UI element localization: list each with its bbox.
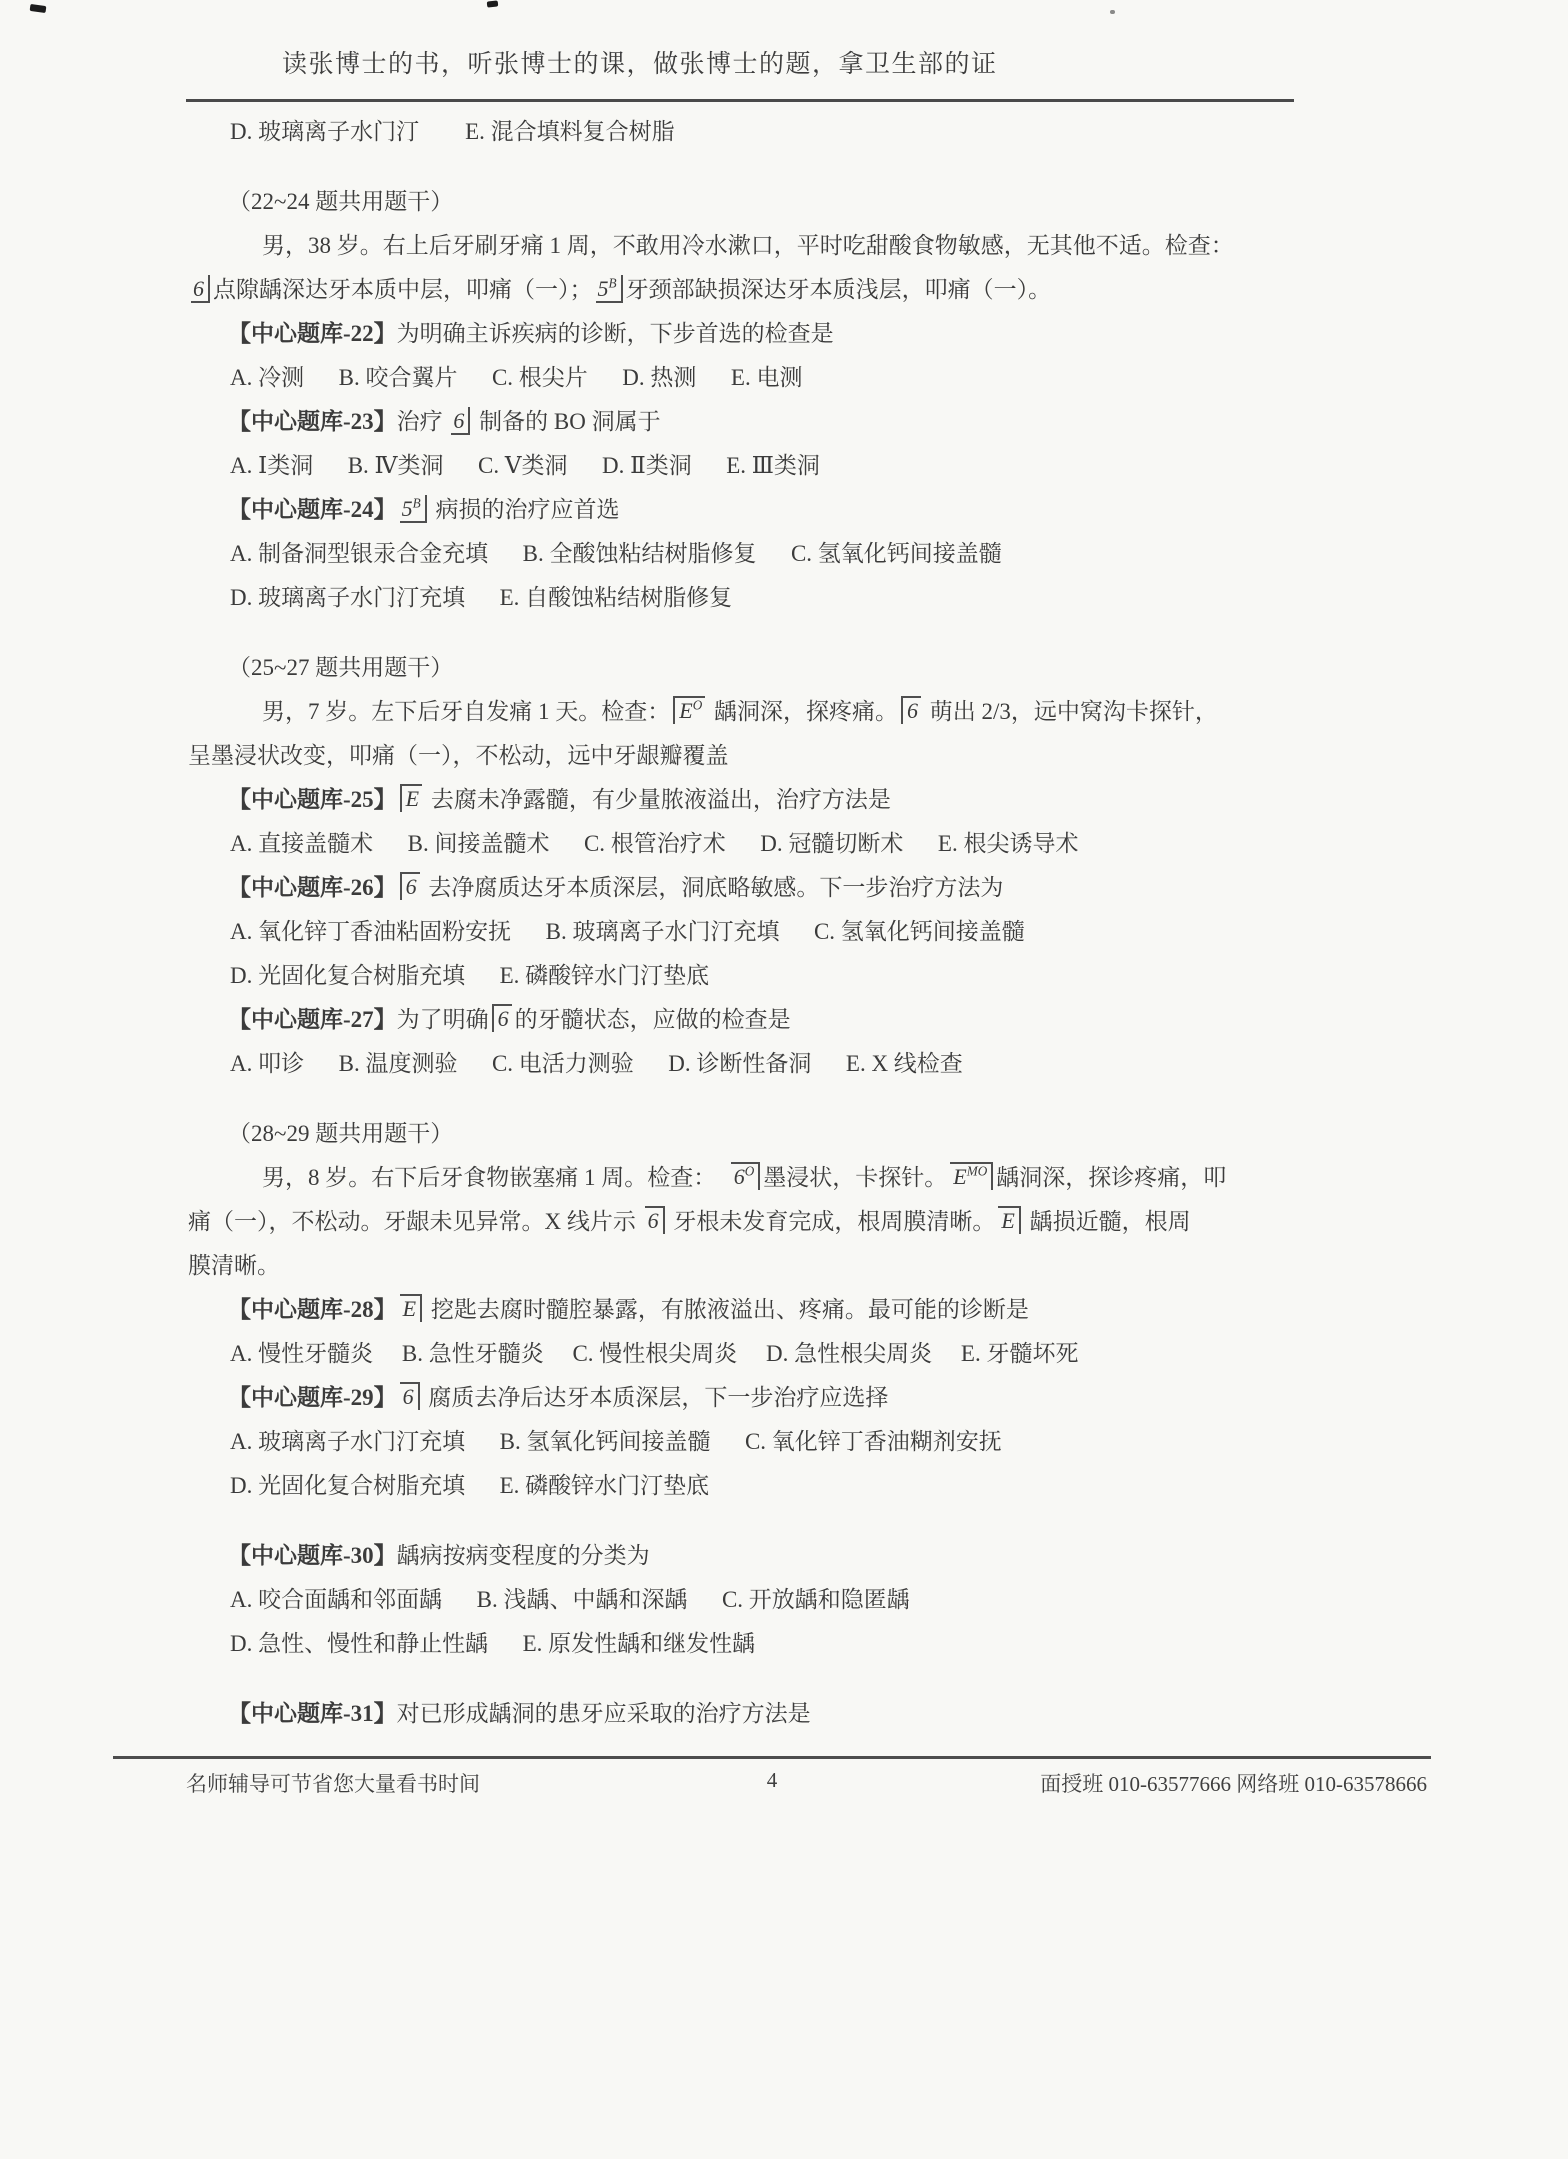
text-line: A. Ⅰ类洞 B. Ⅳ类洞 C. Ⅴ类洞 D. Ⅱ类洞 E. Ⅲ类洞	[186, 444, 1376, 488]
header-slogan: 读张博士的书，听张博士的课，做张博士的题，拿卫生部的证	[282, 44, 1282, 80]
text-line: 呈墨浸状改变，叩痛（一），不松动，远中牙龈瓣覆盖	[186, 734, 1376, 778]
text-segment: 龋洞深，探疼痛。	[708, 699, 898, 724]
text-line: A. 直接盖髓术 B. 间接盖髓术 C. 根管治疗术 D. 冠髓切断术 E. 根…	[186, 822, 1376, 866]
text-segment: 痛（一），不松动。牙龈未见异常。X 线片示	[188, 1209, 642, 1234]
text-line: 男，7 岁。左下后牙自发痛 1 天。检查：EO 龋洞深，探疼痛。6 萌出 2/3…	[186, 690, 1376, 734]
text-line: A. 制备洞型银汞合金充填 B. 全酸蚀粘结树脂修复 C. 氢氧化钙间接盖髓	[186, 532, 1376, 576]
text-line: D. 玻璃离子水门汀 E. 混合填料复合树脂	[186, 110, 1376, 154]
text-segment: A. 制备洞型银汞合金充填 B. 全酸蚀粘结树脂修复 C. 氢氧化钙间接盖髓	[230, 541, 1002, 566]
text-line: 6点隙龋深达牙本质中层，叩痛（一）；5B牙颈部缺损深达牙本质浅层，叩痛（一）。	[186, 268, 1376, 312]
scan-artifact	[487, 0, 499, 7]
text-line: A. 叩诊 B. 温度测验 C. 电活力测验 D. 诊断性备洞 E. X 线检查	[186, 1042, 1376, 1086]
tooth-notation: 6	[191, 275, 210, 303]
tooth-notation: 6	[400, 1382, 420, 1410]
tooth-notation: 6	[451, 407, 470, 435]
question-label: 【中心题库-25】	[228, 787, 397, 812]
text-segment: 牙颈部缺损深达牙本质浅层，叩痛（一）。	[626, 277, 1052, 302]
text-line: A. 慢性牙髓炎 B. 急性牙髓炎 C. 慢性根尖周炎 D. 急性根尖周炎 E.…	[186, 1332, 1376, 1376]
text-segment: 挖匙去腐时髓腔暴露，有脓液溢出、疼痛。最可能的诊断是	[425, 1297, 1029, 1322]
text-segment: 去净腐质达牙本质深层，洞底略敏感。下一步治疗方法为	[423, 875, 1004, 900]
text-segment: 墨浸状，卡探针。	[763, 1165, 947, 1190]
footer: 名师辅导可节省您大量看书时间 4 面授班 010-63577666 网络班 01…	[113, 1764, 1431, 1804]
question-label: 【中心题库-26】	[228, 875, 397, 900]
text-line: A. 氧化锌丁香油粘固粉安抚 B. 玻璃离子水门汀充填 C. 氢氧化钙间接盖髓	[186, 910, 1376, 954]
text-segment: 为了明确	[397, 1007, 489, 1032]
text-segment: 腐质去净后达牙本质深层，下一步治疗应选择	[423, 1385, 889, 1410]
text-line: A. 咬合面龋和邻面龋 B. 浅龋、中龋和深龋 C. 开放龋和隐匿龋	[186, 1578, 1376, 1622]
text-segment: 呈墨浸状改变，叩痛（一），不松动，远中牙龈瓣覆盖	[188, 743, 729, 768]
text-line: 男，8 岁。右下后牙食物嵌塞痛 1 周。检查： 6O墨浸状，卡探针。EMO龋洞深…	[186, 1156, 1376, 1200]
text-line: 男，38 岁。右上后牙刷牙痛 1 周，不敢用冷水漱口，平时吃甜酸食物敏感，无其他…	[186, 224, 1376, 268]
tooth-notation: E	[998, 1206, 1020, 1234]
document-body: D. 玻璃离子水门汀 E. 混合填料复合树脂（22~24 题共用题干）男，38 …	[186, 110, 1376, 1736]
text-segment: （25~27 题共用题干）	[228, 655, 453, 680]
text-line: 【中心题库-29】6 腐质去净后达牙本质深层，下一步治疗应选择	[186, 1376, 1376, 1420]
tooth-notation: 6	[492, 1004, 512, 1032]
text-segment: A. 冷测 B. 咬合翼片 C. 根尖片 D. 热测 E. 电测	[230, 365, 802, 390]
text-segment: A. Ⅰ类洞 B. Ⅳ类洞 C. Ⅴ类洞 D. Ⅱ类洞 E. Ⅲ类洞	[230, 453, 820, 478]
text-line: 【中心题库-27】为了明确6的牙髓状态，应做的检查是	[186, 998, 1376, 1042]
text-segment: 的牙髓状态，应做的检查是	[515, 1007, 791, 1032]
text-line: A. 冷测 B. 咬合翼片 C. 根尖片 D. 热测 E. 电测	[186, 356, 1376, 400]
text-segment: A. 慢性牙髓炎 B. 急性牙髓炎 C. 慢性根尖周炎 D. 急性根尖周炎 E.…	[230, 1341, 1078, 1366]
question-label: 【中心题库-22】	[228, 321, 397, 346]
footer-contact-text: 面授班 010-63577666 网络班 010-63578666	[1040, 1768, 1427, 1798]
text-segment: （22~24 题共用题干）	[228, 189, 453, 214]
text-segment: 膜清晰。	[188, 1253, 280, 1278]
text-segment: 龋洞深，探诊疼痛，叩	[996, 1165, 1226, 1190]
text-segment: D. 光固化复合树脂充填 E. 磷酸锌水门汀垫底	[230, 1473, 709, 1498]
tooth-notation: 6	[645, 1206, 665, 1234]
question-label: 【中心题库-23】	[228, 409, 397, 434]
text-line: 【中心题库-22】为明确主诉疾病的诊断，下步首选的检查是	[186, 312, 1376, 356]
question-label: 【中心题库-24】	[228, 497, 397, 522]
scan-artifact	[1110, 10, 1115, 14]
text-segment: A. 直接盖髓术 B. 间接盖髓术 C. 根管治疗术 D. 冠髓切断术 E. 根…	[230, 831, 1078, 856]
text-line: （25~27 题共用题干）	[186, 646, 1376, 690]
text-segment: 对已形成龋洞的患牙应采取的治疗方法是	[397, 1701, 811, 1726]
text-segment: 牙根未发育完成，根周膜清晰。	[668, 1209, 996, 1234]
text-segment: D. 急性、慢性和静止性龋 E. 原发性龋和继发性龋	[230, 1631, 755, 1656]
tooth-notation: E	[400, 1294, 422, 1322]
text-segment: 男，8 岁。右下后牙食物嵌塞痛 1 周。检查：	[262, 1165, 728, 1190]
tooth-notation: 6	[400, 872, 420, 900]
text-segment: A. 叩诊 B. 温度测验 C. 电活力测验 D. 诊断性备洞 E. X 线检查	[230, 1051, 963, 1076]
text-line: 【中心题库-24】5B 病损的治疗应首选	[186, 488, 1376, 532]
scan-artifact	[30, 4, 47, 13]
text-segment: D. 玻璃离子水门汀 E. 混合填料复合树脂	[230, 119, 675, 144]
text-line: D. 急性、慢性和静止性龋 E. 原发性龋和继发性龋	[186, 1622, 1376, 1666]
text-segment: D. 玻璃离子水门汀充填 E. 自酸蚀粘结树脂修复	[230, 585, 732, 610]
scanned-exam-page: 读张博士的书，听张博士的课，做张博士的题，拿卫生部的证 D. 玻璃离子水门汀 E…	[0, 0, 1568, 2159]
question-label: 【中心题库-31】	[228, 1701, 397, 1726]
text-segment: 制备的 BO 洞属于	[473, 409, 660, 434]
tooth-notation: E	[400, 784, 422, 812]
text-line: D. 玻璃离子水门汀充填 E. 自酸蚀粘结树脂修复	[186, 576, 1376, 620]
text-segment: 龋损近髓，根周	[1024, 1209, 1191, 1234]
text-line: 【中心题库-26】6 去净腐质达牙本质深层，洞底略敏感。下一步治疗方法为	[186, 866, 1376, 910]
text-segment: 为明确主诉疾病的诊断，下步首选的检查是	[397, 321, 834, 346]
tooth-notation: 6	[901, 696, 921, 724]
text-segment: A. 氧化锌丁香油粘固粉安抚 B. 玻璃离子水门汀充填 C. 氢氧化钙间接盖髓	[230, 919, 1025, 944]
text-segment: 男，38 岁。右上后牙刷牙痛 1 周，不敢用冷水漱口，平时吃甜酸食物敏感，无其他…	[262, 233, 1234, 258]
question-label: 【中心题库-27】	[228, 1007, 397, 1032]
text-segment: 萌出 2/3，远中窝沟卡探针，	[924, 699, 1218, 724]
text-segment: A. 咬合面龋和邻面龋 B. 浅龋、中龋和深龋 C. 开放龋和隐匿龋	[230, 1587, 910, 1612]
tooth-notation: 6O	[731, 1162, 761, 1190]
text-line: 膜清晰。	[186, 1244, 1376, 1288]
text-segment: 男，7 岁。左下后牙自发痛 1 天。检查：	[262, 699, 670, 724]
text-segment: （28~29 题共用题干）	[228, 1121, 453, 1146]
text-line: （22~24 题共用题干）	[186, 180, 1376, 224]
text-line: D. 光固化复合树脂充填 E. 磷酸锌水门汀垫底	[186, 954, 1376, 998]
text-segment: 龋病按病变程度的分类为	[397, 1543, 650, 1568]
question-label: 【中心题库-29】	[228, 1385, 397, 1410]
tooth-notation: 5B	[400, 495, 427, 523]
header-rule	[186, 99, 1294, 102]
tooth-notation: 5B	[596, 275, 623, 303]
text-line: 【中心题库-23】治疗 6 制备的 BO 洞属于	[186, 400, 1376, 444]
text-line: （28~29 题共用题干）	[186, 1112, 1376, 1156]
text-segment: A. 玻璃离子水门汀充填 B. 氢氧化钙间接盖髓 C. 氧化锌丁香油糊剂安抚	[230, 1429, 1002, 1454]
text-segment: 病损的治疗应首选	[430, 497, 620, 522]
text-line: 【中心题库-28】E 挖匙去腐时髓腔暴露，有脓液溢出、疼痛。最可能的诊断是	[186, 1288, 1376, 1332]
text-segment: 治疗	[397, 409, 449, 434]
text-line: D. 光固化复合树脂充填 E. 磷酸锌水门汀垫底	[186, 1464, 1376, 1508]
question-label: 【中心题库-30】	[228, 1543, 397, 1568]
text-line: 【中心题库-25】E 去腐未净露髓，有少量脓液溢出，治疗方法是	[186, 778, 1376, 822]
text-segment: 去腐未净露髓，有少量脓液溢出，治疗方法是	[425, 787, 891, 812]
text-line: 【中心题库-30】龋病按病变程度的分类为	[186, 1534, 1376, 1578]
footer-rule	[113, 1756, 1431, 1759]
text-segment: 点隙龋深达牙本质中层，叩痛（一）；	[213, 277, 593, 302]
tooth-notation: EO	[673, 696, 705, 724]
text-line: 痛（一），不松动。牙龈未见异常。X 线片示 6 牙根未发育完成，根周膜清晰。E …	[186, 1200, 1376, 1244]
tooth-notation: EMO	[950, 1162, 993, 1190]
text-segment: D. 光固化复合树脂充填 E. 磷酸锌水门汀垫底	[230, 963, 709, 988]
text-line: A. 玻璃离子水门汀充填 B. 氢氧化钙间接盖髓 C. 氧化锌丁香油糊剂安抚	[186, 1420, 1376, 1464]
question-label: 【中心题库-28】	[228, 1297, 397, 1322]
text-line: 【中心题库-31】对已形成龋洞的患牙应采取的治疗方法是	[186, 1692, 1376, 1736]
